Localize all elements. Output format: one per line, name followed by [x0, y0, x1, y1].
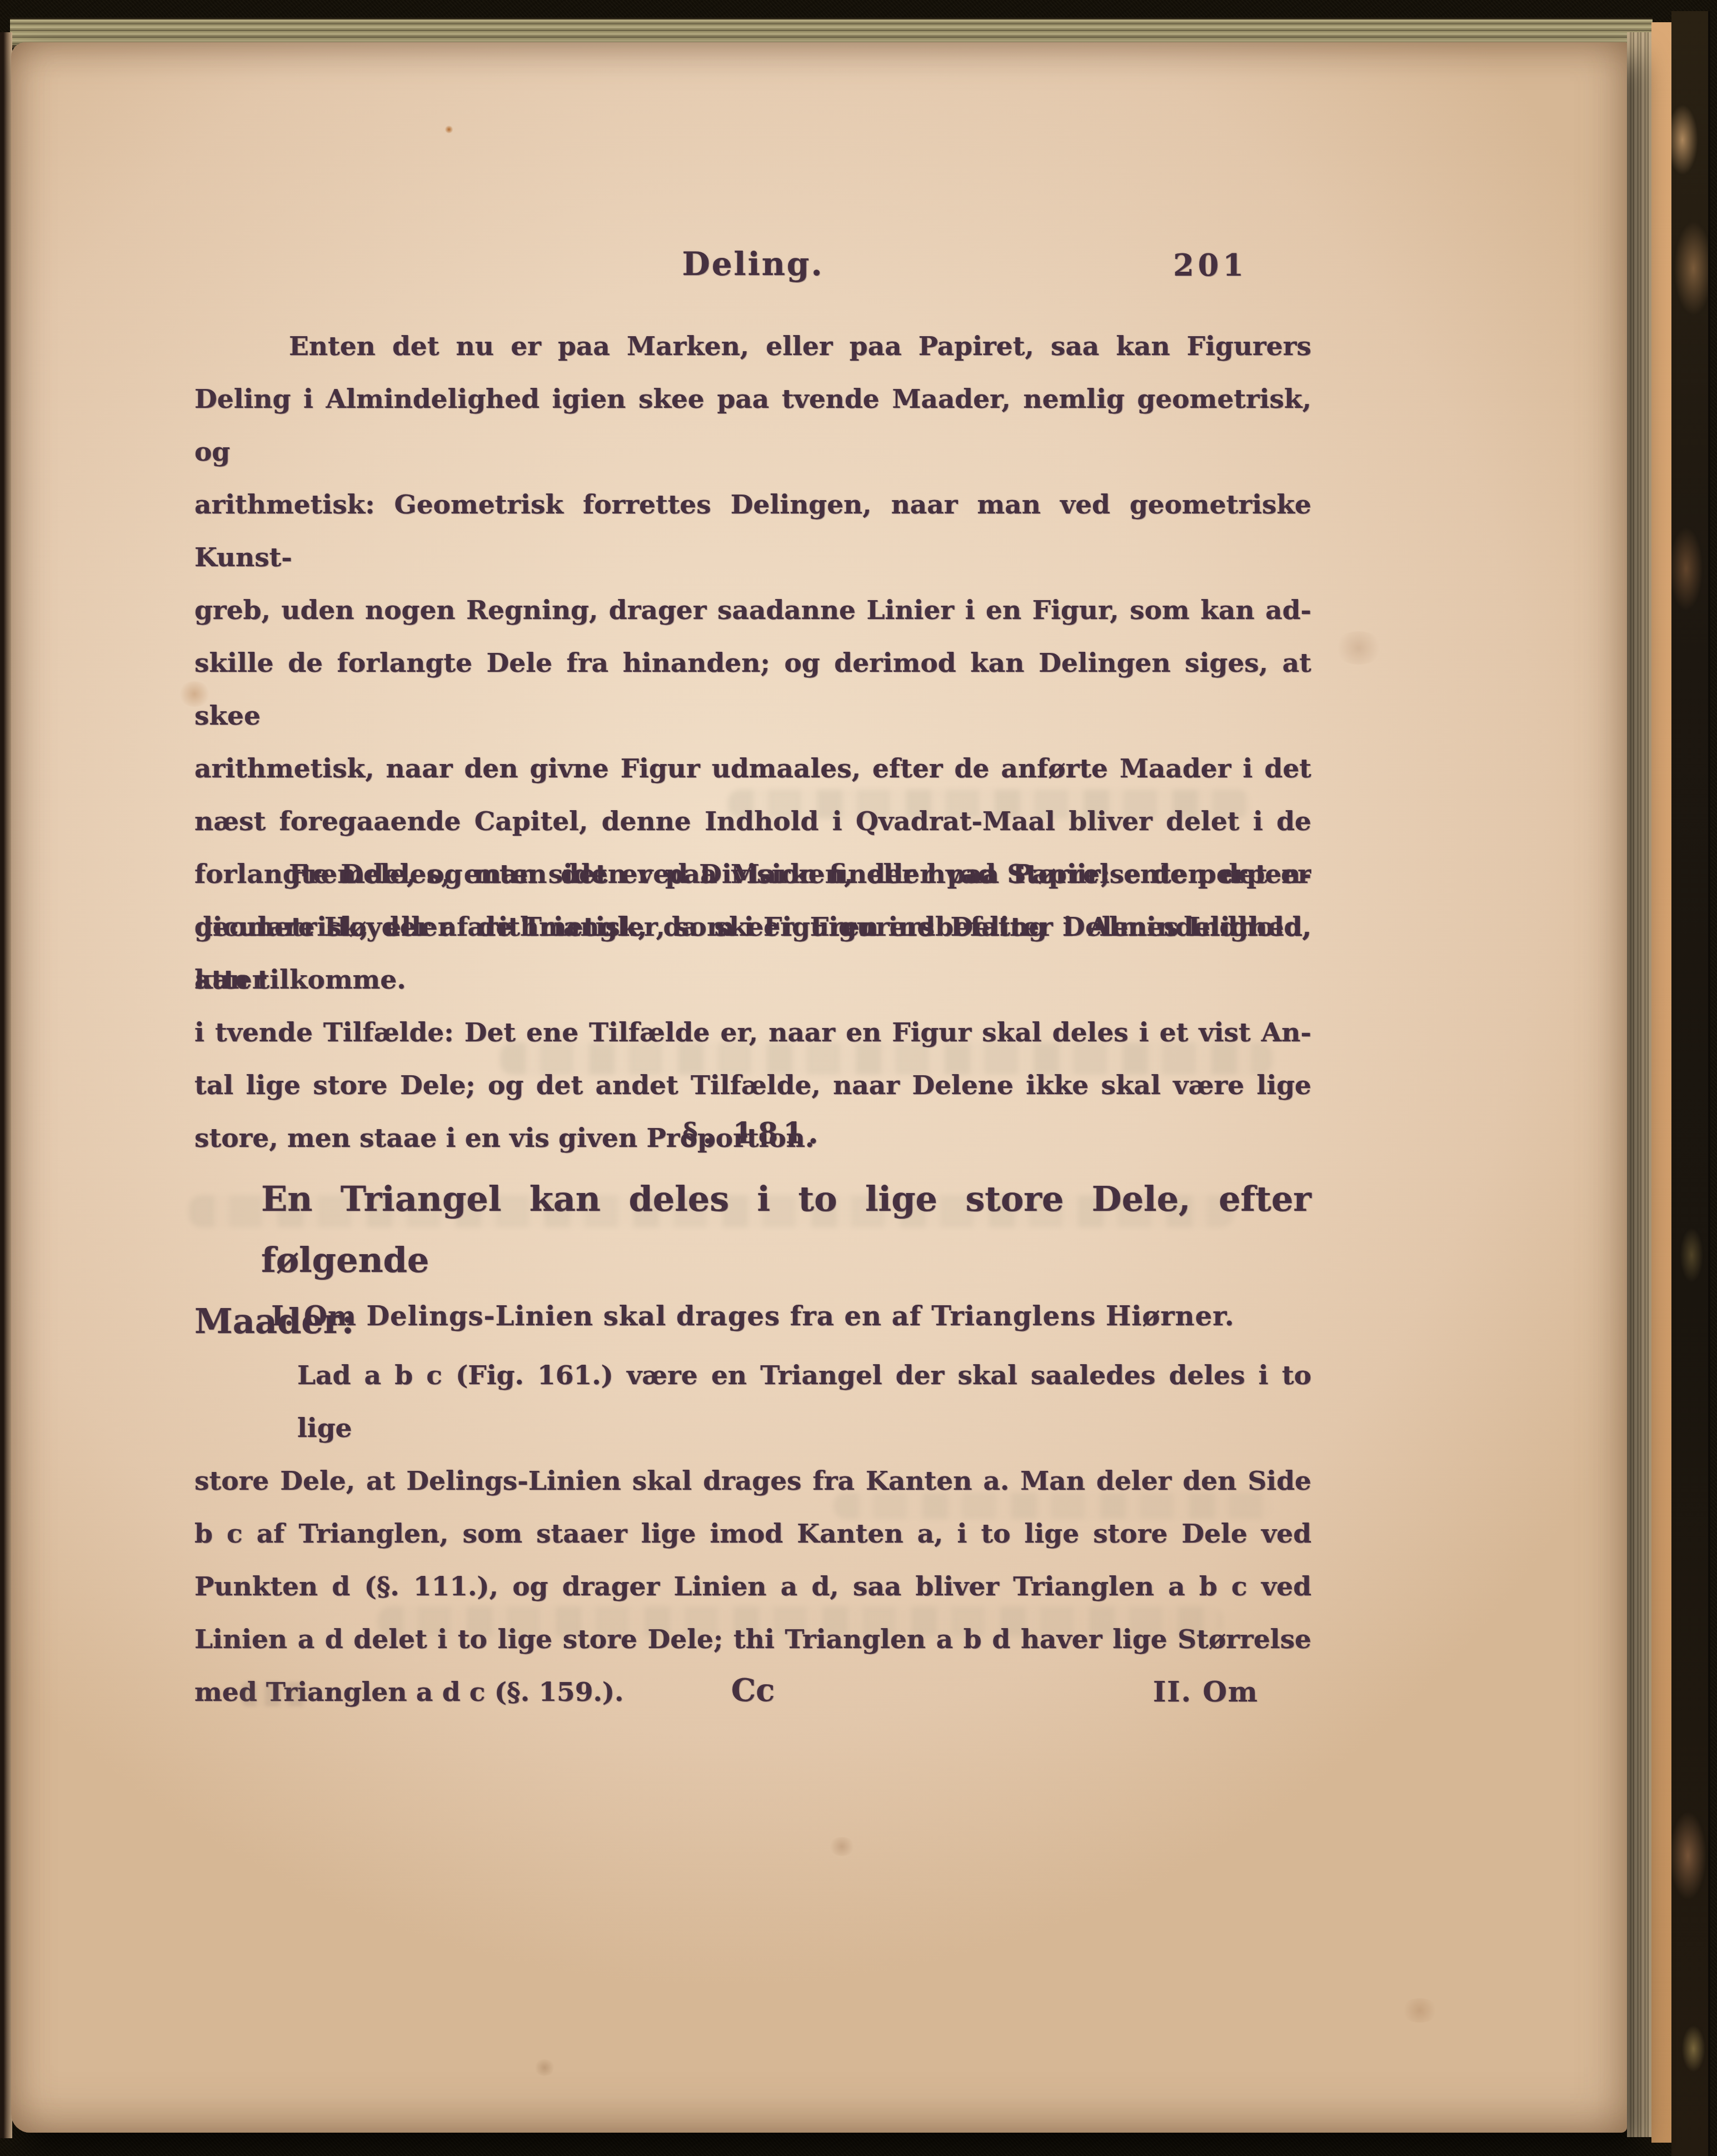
foxing-spot: [828, 1837, 856, 1856]
foxing-spot: [445, 126, 453, 133]
text-line: Lad a b c (Fig. 161.) være en Triangel d…: [194, 1349, 1311, 1455]
text-block: Deling. 201 Enten det nu er paa Marken, …: [194, 245, 1311, 1745]
running-head: Deling. 201: [194, 245, 1311, 290]
page-stack-right-edge: [1627, 32, 1653, 2137]
text-line: tal lige store Dele; og det andet Tilfæl…: [194, 1059, 1311, 1112]
signature-mark: Cc: [194, 1672, 1311, 1709]
text-line: Punkten d (§. 111.), og drager Linien a …: [194, 1560, 1311, 1613]
book-page: Deling. 201 Enten det nu er paa Marken, …: [11, 42, 1627, 2133]
text-line: næst foregaaende Capitel, denne Indhold …: [194, 795, 1311, 848]
book-cover-edge: [1671, 11, 1710, 2156]
page-left-edge: [0, 32, 12, 2138]
foxing-spot: [1400, 1998, 1439, 2023]
text-line: Deling i Almindelighed igien skee paa tv…: [194, 373, 1311, 478]
catchword: II. Om: [1153, 1675, 1259, 1708]
text-line: Fremdeles, enten det er paa Marken, elle…: [194, 848, 1311, 901]
paragraph-3: Lad a b c (Fig. 161.) være en Triangel d…: [194, 1349, 1311, 1719]
text-line: Linien a d delet i to lige store Dele; t…: [194, 1613, 1311, 1666]
text-line: store Dele, at Delings-Linien skal drage…: [194, 1455, 1311, 1508]
foxing-spot: [1334, 631, 1384, 665]
book-scan: Deling. 201 Enten det nu er paa Marken, …: [0, 0, 1717, 2156]
text-line: arithmetisk, naar den givne Figur udmaal…: [194, 742, 1311, 795]
ink-offset-mark: [242, 1682, 308, 1706]
page-number: 201: [1173, 247, 1247, 283]
subheading: I. Om Delings-Linien skal drages fra en …: [194, 1301, 1311, 1332]
foxing-spot: [533, 2059, 556, 2076]
page-title: Deling.: [194, 245, 1311, 283]
text-line: greb, uden nogen Regning, drager saadann…: [194, 584, 1311, 637]
text-line: b c af Trianglen, som staaer lige imod K…: [194, 1508, 1311, 1560]
text-line: Enten det nu er paa Marken, eller paa Pa…: [194, 320, 1311, 373]
section-mark: §. 181.: [194, 1116, 1311, 1150]
text-line: i tvende Tilfælde: Det ene Tilfælde er, …: [194, 1006, 1311, 1059]
text-line: skille de forlangte Dele fra hinanden; o…: [194, 637, 1311, 742]
text-line: geometrisk, eller arithmetisk, da skeer …: [194, 901, 1311, 1006]
heading-line: En Triangel kan deles i to lige store De…: [194, 1169, 1311, 1291]
text-line: arithmetisk: Geometrisk forrettes Deling…: [194, 478, 1311, 584]
page-footer: Cc II. Om: [194, 1672, 1311, 1722]
fore-edge-strip: [1651, 22, 1671, 2143]
